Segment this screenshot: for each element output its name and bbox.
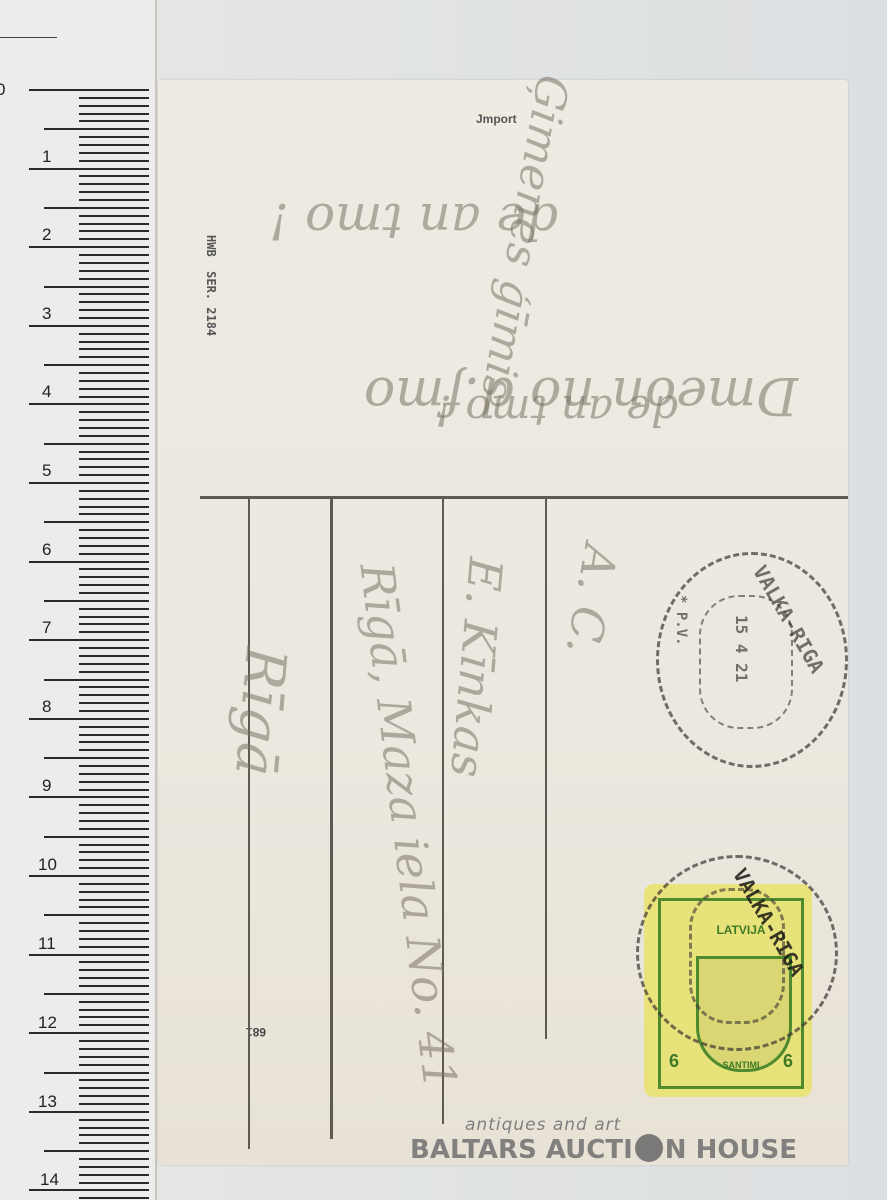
ruler-tick	[29, 168, 149, 170]
postmark-1-date: 15 4 21	[732, 615, 751, 682]
ruler-tick	[79, 419, 149, 421]
ruler-tick	[79, 1197, 149, 1199]
ruler-tick	[79, 1009, 149, 1011]
handwriting-address-1: A. C.	[556, 541, 628, 659]
ruler-tick	[79, 238, 149, 240]
ruler-tick	[79, 883, 149, 885]
ruler-label-4: 4	[42, 382, 51, 402]
ruler-label-3: 3	[42, 304, 51, 324]
ruler-tick	[79, 702, 149, 704]
ruler-tick	[79, 215, 149, 217]
ruler-tick	[79, 152, 149, 154]
handwriting-line-2: de an tmo !	[435, 386, 678, 435]
ruler-tick	[79, 820, 149, 822]
ruler-tick	[79, 749, 149, 751]
ruler-tick	[79, 356, 149, 358]
ruler-tick	[79, 765, 149, 767]
publisher-series-mark: HWB SER. 2184	[204, 235, 218, 336]
divider-line-1	[248, 499, 250, 1149]
ruler-tick	[79, 851, 149, 853]
ruler-tick	[44, 1150, 149, 1152]
ruler-tick	[29, 796, 149, 798]
ruler-tick	[79, 498, 149, 500]
ruler-tick	[79, 451, 149, 453]
stamp-currency: SANTIMI	[709, 1060, 773, 1070]
ruler-tick	[79, 734, 149, 736]
ruler-tick	[79, 1087, 149, 1089]
ruler-tick	[79, 113, 149, 115]
ruler-label-11: 11	[38, 934, 56, 954]
ruler-tick	[79, 946, 149, 948]
ruler-tick	[79, 537, 149, 539]
ruler-tick	[79, 301, 149, 303]
watermark-logo-icon	[635, 1134, 663, 1162]
ruler-tick	[44, 914, 149, 916]
ruler-tick	[79, 647, 149, 649]
ruler-tick	[79, 1048, 149, 1050]
ruler-tick	[79, 1064, 149, 1066]
ruler-tick	[79, 348, 149, 350]
ruler-tick	[79, 1119, 149, 1121]
ruler-label-12: 12	[38, 1013, 57, 1033]
ruler-tick	[79, 293, 149, 295]
ruler-tick	[79, 230, 149, 232]
ruler-tick	[29, 325, 149, 327]
ruler-tick	[79, 317, 149, 319]
ruler-tick	[79, 175, 149, 177]
handwriting-address-2: E. Kīnkas	[440, 555, 513, 779]
ruler-label-0: 0	[0, 80, 5, 100]
ruler-tick	[44, 128, 149, 130]
ruler-tick	[79, 938, 149, 940]
ruler-tick	[79, 710, 149, 712]
ruler-tick	[44, 836, 149, 838]
ruler-tick	[44, 286, 149, 288]
ruler-tick	[79, 160, 149, 162]
ruler-label-10: 10	[38, 855, 57, 875]
ruler-tick	[44, 1072, 149, 1074]
ruler-tick	[29, 482, 149, 484]
ruler-tick	[79, 1182, 149, 1184]
ruler-tick	[79, 1079, 149, 1081]
ruler-tick	[79, 616, 149, 618]
ruler-tick	[79, 1040, 149, 1042]
ruler-tick	[79, 333, 149, 335]
ruler-tick	[79, 120, 149, 122]
ruler-label-14: 14	[40, 1170, 59, 1190]
ruler-tick	[79, 199, 149, 201]
ruler-tick	[79, 631, 149, 633]
ruler-tick	[79, 985, 149, 987]
ruler-top-line	[0, 37, 57, 38]
ruler-tick	[79, 1166, 149, 1168]
ruler-tick	[79, 474, 149, 476]
ruler-tick	[44, 757, 149, 759]
address-line-horizontal	[200, 496, 848, 499]
ruler-tick	[29, 875, 149, 877]
ruler-tick	[79, 97, 149, 99]
ruler-tick	[79, 584, 149, 586]
ruler-label-8: 8	[42, 697, 51, 717]
ruler-label-2: 2	[42, 225, 51, 245]
ruler-tick	[44, 521, 149, 523]
ruler-label-1: 1	[42, 147, 51, 167]
ruler-tick	[79, 435, 149, 437]
ruler-tick	[79, 1174, 149, 1176]
ruler-tick	[79, 506, 149, 508]
ruler-tick	[79, 686, 149, 688]
ruler-tick	[79, 513, 149, 515]
ruler-tick	[29, 639, 149, 641]
ruler-tick	[44, 993, 149, 995]
ruler-tick	[79, 223, 149, 225]
ruler-tick	[79, 930, 149, 932]
ruler-tick	[29, 89, 149, 91]
ruler-tick	[79, 977, 149, 979]
ruler-tick	[79, 144, 149, 146]
ruler-tick	[79, 545, 149, 547]
ruler-tick	[79, 1158, 149, 1160]
ruler-tick	[79, 105, 149, 107]
ruler-tick	[79, 529, 149, 531]
ruler-tick	[79, 1103, 149, 1105]
ruler-tick	[29, 403, 149, 405]
ruler-tick	[79, 655, 149, 657]
ruler-tick	[79, 427, 149, 429]
ruler-tick	[79, 592, 149, 594]
ruler-tick	[79, 466, 149, 468]
ruler-tick	[79, 867, 149, 869]
postmark-valka-riga-1: VALKA-RIGA 15 4 21 * P.V.	[656, 552, 848, 768]
ruler-tick	[79, 726, 149, 728]
ruler-tick	[79, 906, 149, 908]
handwriting-address-4: Rīgā	[222, 644, 298, 778]
watermark-brand-part-1: BALTARS AUCTI	[410, 1135, 633, 1165]
ruler-label-5: 5	[42, 461, 51, 481]
postcard-back: Jmport HWB SER. 2184 681 Ģimenes ģīmis d…	[158, 80, 848, 1165]
ruler-tick	[79, 844, 149, 846]
handwriting-address-3: Rīgā, Maza iela No. 41	[349, 560, 467, 1093]
ruler-tick	[79, 458, 149, 460]
ruler-tick	[79, 388, 149, 390]
stamp-value-right: 6	[783, 1051, 793, 1072]
ruler-tick	[79, 553, 149, 555]
ruler-tick	[79, 781, 149, 783]
ruler-tick	[79, 1127, 149, 1129]
ruler-tick	[79, 608, 149, 610]
ruler-tick	[79, 623, 149, 625]
ruler-tick	[79, 741, 149, 743]
ruler-tick	[79, 804, 149, 806]
ruler-tick	[79, 576, 149, 578]
ruler-tick	[44, 679, 149, 681]
watermark-tagline: antiques and art	[465, 1115, 621, 1135]
ruler-tick	[79, 773, 149, 775]
ruler-tick	[79, 411, 149, 413]
ruler-tick	[79, 372, 149, 374]
ruler-tick	[29, 718, 149, 720]
ruler-tick	[79, 1134, 149, 1136]
ruler-tick	[79, 694, 149, 696]
ruler-label-13: 13	[38, 1092, 57, 1112]
ruler-tick	[79, 1016, 149, 1018]
ruler-tick	[79, 254, 149, 256]
centimeter-ruler: 0 1 2 3 4 5 6 7 8 9 10 11 12 13 14	[0, 0, 157, 1200]
ruler-tick	[79, 969, 149, 971]
ruler-tick	[79, 490, 149, 492]
ruler-tick	[44, 364, 149, 366]
ruler-tick	[79, 341, 149, 343]
ruler-tick	[79, 191, 149, 193]
ruler-tick	[79, 828, 149, 830]
ruler-label-9: 9	[42, 776, 51, 796]
divider-line-4	[545, 499, 547, 1039]
ruler-tick	[29, 246, 149, 248]
ruler-tick	[79, 270, 149, 272]
ruler-tick	[79, 136, 149, 138]
ruler-tick	[79, 859, 149, 861]
ruler-tick	[79, 789, 149, 791]
ruler-tick	[79, 1024, 149, 1026]
ruler-tick	[79, 1001, 149, 1003]
ruler-tick	[79, 380, 149, 382]
watermark-brand-part-2: N HOUSE	[665, 1135, 797, 1165]
ruler-tick	[79, 262, 149, 264]
ruler-tick	[79, 1056, 149, 1058]
ruler-tick	[29, 561, 149, 563]
ruler-tick	[79, 183, 149, 185]
divider-line-2	[330, 499, 333, 1139]
ruler-label-6: 6	[42, 540, 51, 560]
ruler-tick	[79, 671, 149, 673]
ruler-tick	[79, 891, 149, 893]
stamp-value-left: 6	[669, 1051, 679, 1072]
postmark-valka-riga-2: VALKA-RIGA	[636, 855, 838, 1051]
ruler-tick	[79, 899, 149, 901]
handwriting-signature: de an tmo !	[269, 192, 558, 250]
ruler-tick	[79, 922, 149, 924]
ruler-tick	[79, 278, 149, 280]
ruler-tick	[79, 961, 149, 963]
import-label: Jmport	[476, 112, 517, 126]
ruler-label-7: 7	[42, 618, 51, 638]
postmark-1-prefix: * P.V.	[673, 595, 689, 646]
ruler-tick	[79, 1095, 149, 1097]
ruler-tick	[44, 207, 149, 209]
ruler-tick	[79, 396, 149, 398]
watermark-brand: BALTARS AUCTIN HOUSE	[410, 1134, 797, 1165]
ruler-tick	[79, 309, 149, 311]
ruler-tick	[44, 443, 149, 445]
ruler-tick	[79, 1142, 149, 1144]
ruler-tick	[79, 812, 149, 814]
ruler-tick	[44, 600, 149, 602]
ruler-tick	[79, 663, 149, 665]
ruler-tick	[79, 568, 149, 570]
